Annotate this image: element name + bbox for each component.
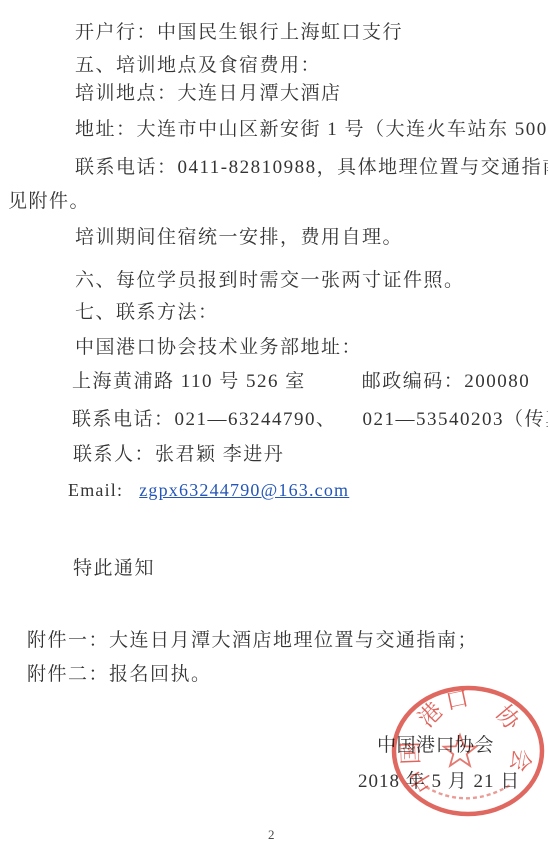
page-number: 2 [268, 821, 275, 848]
contact-persons-line: 联系人：张君颖 李进丹 [73, 441, 284, 468]
postal-code: 邮政编码：200080 [362, 371, 531, 392]
section-7-heading: 七、联系方法： [75, 299, 219, 326]
seal-char-kou: 口 [443, 685, 471, 714]
notice-document-page: 开户行：中国民生银行上海虹口支行 五、培训地点及食宿费用： 培训地点：大连日月潭… [0, 0, 548, 857]
bank-branch-line: 开户行：中国民生银行上海虹口支行 [75, 19, 403, 46]
street-address: 上海黄浦路 110 号 526 室 [72, 371, 306, 392]
section-5-heading: 五、培训地点及食宿费用： [75, 52, 321, 79]
accommodation-line: 培训期间住宿统一安排，费用自理。 [75, 224, 403, 251]
section-6-line: 六、每位学员报到时需交一张两寸证件照。 [75, 267, 465, 294]
training-location-line: 培训地点：大连日月潭大酒店 [75, 80, 342, 107]
street-address-line: 上海黄浦路 110 号 526 室邮政编码：200080 [72, 368, 530, 395]
dept-address-title: 中国港口协会技术业务部地址： [75, 334, 362, 361]
seal-char-xie: 协 [491, 701, 526, 735]
contact-phone-line: 联系电话：021—63244790、021—53540203（传真） [72, 406, 548, 433]
seal-char-gang: 港 [414, 698, 448, 732]
attachment-1-line: 附件一：大连日月潭大酒店地理位置与交通指南； [27, 627, 478, 654]
signature-organization: 中国港口协会 [377, 732, 494, 759]
contact-phone-1: 联系电话：021—63244790、 [72, 409, 337, 430]
attachment-2-line: 附件二：报名回执。 [27, 661, 212, 688]
hotel-phone-wrap-line: 见附件。 [8, 188, 90, 215]
email-link[interactable]: zgpx63244790@163.com [139, 480, 349, 500]
email-line: Email:zgpx63244790@163.com [68, 477, 349, 504]
contact-phone-2: 021—53540203（传真） [363, 409, 548, 430]
closing-line: 特此通知 [73, 555, 155, 582]
email-label: Email: [68, 480, 123, 500]
signature-date: 2018 年 5 月 21 日 [358, 768, 520, 795]
hotel-phone-line: 联系电话：0411-82810988，具体地理位置与交通指南 [75, 154, 548, 181]
hotel-address-line: 地址：大连市中山区新安街 1 号（大连火车站东 500 米） [75, 116, 548, 143]
